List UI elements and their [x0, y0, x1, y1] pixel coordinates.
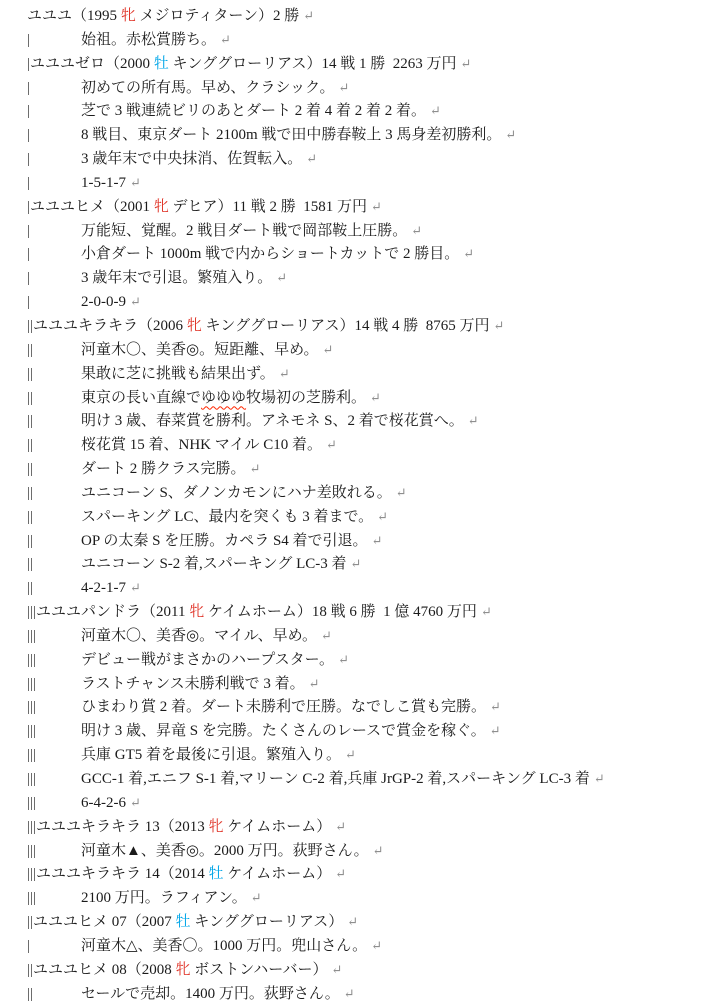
- horse-heading-text: ユユユヒメ 08（2008: [33, 962, 176, 978]
- note-text: 河童木〇、美香◎。マイル、早め。: [81, 628, 317, 644]
- note-text: 始祖。赤松賞勝ち。: [81, 32, 216, 48]
- note-text: ダート 2 勝クラス完勝。: [81, 461, 246, 477]
- pedigree-heading-line: |||ユユユキラキラ 13（2013 牝 ケイムホーム）↵: [27, 815, 724, 839]
- note-text: 河童木△、美香〇。1000 万円。兜山さん。: [81, 938, 367, 954]
- sex-marker-male: 牡: [154, 56, 169, 72]
- paragraph-return-mark-icon: ↵: [303, 8, 314, 23]
- sex-marker-female: 牝: [154, 199, 169, 215]
- pedigree-note-line: ||桜花賞 15 着、NHK マイル C10 着。↵: [27, 433, 724, 457]
- paragraph-return-mark-icon: ↵: [279, 366, 290, 381]
- note-text: OP の太秦 S を圧勝。カペラ S4 着で引退。: [81, 533, 368, 549]
- pedigree-note-line: |||GCC-1 着,エニフ S-1 着,マリーン C-2 着,兵庫 JrGP-…: [27, 767, 724, 791]
- pedigree-note-line: |8 戦目、東京ダート 2100m 戦で田中勝春鞍上 3 馬身差初勝利。↵: [27, 123, 724, 147]
- tree-depth-pipes: ||: [27, 533, 33, 549]
- tree-depth-pipes: |: [27, 103, 30, 119]
- note-text: デビュー戦がまさかのハープスター。: [81, 652, 334, 668]
- pedigree-note-line: ||東京の長い直線でゆゆゆ牧場初の芝勝利。↵: [27, 386, 724, 410]
- tab-indent: ||: [27, 458, 81, 482]
- paragraph-return-mark-icon: ↵: [338, 652, 349, 667]
- paragraph-return-mark-icon: ↵: [372, 533, 383, 548]
- pedigree-note-line: |河童木△、美香〇。1000 万円。兜山さん。↵: [27, 934, 724, 958]
- horse-heading-text: ケイムホーム）: [224, 819, 332, 835]
- pedigree-note-line: |||6-4-2-6↵: [27, 791, 724, 815]
- paragraph-return-mark-icon: ↵: [344, 986, 355, 1001]
- misspelled-word: ゆゆゆ: [201, 390, 246, 406]
- paragraph-return-mark-icon: ↵: [250, 461, 261, 476]
- horse-heading-text: キンググローリアス）14 戦 4 勝 8765 万円: [202, 318, 490, 334]
- sex-marker-male: 牡: [209, 866, 224, 882]
- horse-heading-text: メジロティターン）2 勝: [136, 8, 300, 24]
- sex-marker-female: 牝: [176, 962, 191, 978]
- horse-heading-text: ユユユキラキラ（2006: [33, 318, 187, 334]
- note-text: ひまわり賞 2 着。ダート未勝利で圧勝。なでしこ賞も完勝。: [81, 699, 486, 715]
- paragraph-return-mark-icon: ↵: [377, 509, 388, 524]
- note-text: 初めての所有馬。早め、クラシック。: [81, 80, 335, 96]
- tab-indent: |||: [27, 744, 81, 768]
- tab-indent: ||: [27, 482, 81, 506]
- tab-indent: |||: [27, 840, 81, 864]
- tree-depth-pipes: ||: [27, 986, 33, 1002]
- pedigree-heading-line: |ユユユゼロ（2000 牡 キンググローリアス）14 戦 1 勝 2263 万円…: [27, 52, 724, 76]
- tree-depth-pipes: |||: [27, 890, 36, 906]
- note-text: スパーキング LC、最内を突くも 3 着まで。: [81, 509, 373, 525]
- note-text: 桜花賞 15 着、NHK マイル C10 着。: [81, 437, 322, 453]
- sex-marker-male: 牡: [176, 914, 191, 930]
- paragraph-return-mark-icon: ↵: [130, 294, 141, 309]
- pedigree-heading-line: ユユユ（1995 牝 メジロティターン）2 勝↵: [27, 4, 724, 28]
- pedigree-note-line: |||明け 3 歳、昇竜 S を完勝。たくさんのレースで賞金を稼ぐ。↵: [27, 719, 724, 743]
- tree-depth-pipes: |: [27, 127, 30, 143]
- pedigree-text: ユユユ（1995 牝 メジロティターン）2 勝↵|始祖。赤松賞勝ち。↵|ユユユゼ…: [27, 4, 724, 1005]
- pedigree-heading-line: ||ユユユキラキラ（2006 牝 キンググローリアス）14 戦 4 勝 8765…: [27, 314, 724, 338]
- tab-indent: ||: [27, 983, 81, 1005]
- note-text: 芝で 3 戦連続ビリのあとダート 2 着 4 着 2 着 2 着。: [81, 103, 426, 119]
- horse-heading-text: ケイムホーム）18 戦 6 勝 1 億 4760 万円: [204, 604, 477, 620]
- pedigree-heading-line: ||ユユユヒメ 07（2007 牡 キンググローリアス）↵: [27, 910, 724, 934]
- tab-indent: ||: [27, 506, 81, 530]
- paragraph-return-mark-icon: ↵: [130, 175, 141, 190]
- note-text: 小倉ダート 1000m 戦で内からショートカットで 2 勝目。: [81, 246, 459, 262]
- pedigree-heading-line: |||ユユユパンドラ（2011 牝 ケイムホーム）18 戦 6 勝 1 億 47…: [27, 600, 724, 624]
- pedigree-note-line: ||スパーキング LC、最内を突くも 3 着まで。↵: [27, 505, 724, 529]
- pedigree-note-line: |||2100 万円。ラフィアン。↵: [27, 886, 724, 910]
- note-text: ユニコーン S-2 着,スパーキング LC-3 着: [81, 556, 347, 572]
- tree-depth-pipes: ||: [27, 485, 33, 501]
- tree-depth-pipes: |||: [27, 676, 36, 692]
- paragraph-return-mark-icon: ↵: [411, 223, 422, 238]
- tab-indent: ||: [27, 553, 81, 577]
- tree-depth-pipes: |||: [27, 795, 36, 811]
- paragraph-return-mark-icon: ↵: [468, 413, 479, 428]
- pedigree-note-line: |3 歳年末で中央抹消、佐賀転入。↵: [27, 147, 724, 171]
- tab-indent: |||: [27, 792, 81, 816]
- tree-depth-pipes: ||: [27, 413, 33, 429]
- tab-indent: |||: [27, 673, 81, 697]
- tab-indent: |: [27, 77, 81, 101]
- paragraph-return-mark-icon: ↵: [461, 56, 472, 71]
- tab-indent: |: [27, 100, 81, 124]
- horse-heading-text: キンググローリアス）14 戦 1 勝 2263 万円: [169, 56, 457, 72]
- note-text: 河童木〇、美香◎。短距離、早め。: [81, 342, 319, 358]
- horse-heading-text: ユユユキラキラ 13（2013: [36, 819, 209, 835]
- paragraph-return-mark-icon: ↵: [345, 747, 356, 762]
- paragraph-return-mark-icon: ↵: [594, 771, 605, 786]
- paragraph-return-mark-icon: ↵: [463, 246, 474, 261]
- pedigree-note-line: ||OP の太秦 S を圧勝。カペラ S4 着で引退。↵: [27, 529, 724, 553]
- paragraph-return-mark-icon: ↵: [276, 270, 287, 285]
- pedigree-note-line: |||兵庫 GT5 着を最後に引退。繁殖入り。↵: [27, 743, 724, 767]
- tree-depth-pipes: ||: [27, 556, 33, 572]
- document-page: ユユユ（1995 牝 メジロティターン）2 勝↵|始祖。赤松賞勝ち。↵|ユユユゼ…: [0, 0, 724, 1005]
- tree-depth-pipes: |: [27, 32, 30, 48]
- pedigree-note-line: |小倉ダート 1000m 戦で内からショートカットで 2 勝目。↵: [27, 242, 724, 266]
- paragraph-return-mark-icon: ↵: [321, 628, 332, 643]
- paragraph-return-mark-icon: ↵: [251, 890, 262, 905]
- tab-indent: |||: [27, 625, 81, 649]
- tree-depth-pipes: |||: [27, 819, 36, 835]
- tree-depth-pipes: |: [27, 175, 30, 191]
- horse-heading-text: ユユユヒメ（2001: [30, 199, 154, 215]
- paragraph-return-mark-icon: ↵: [370, 390, 381, 405]
- tab-indent: |||: [27, 696, 81, 720]
- tab-indent: ||: [27, 363, 81, 387]
- tab-indent: |: [27, 291, 81, 315]
- pedigree-note-line: ||ダート 2 勝クラス完勝。↵: [27, 457, 724, 481]
- tree-depth-pipes: |: [27, 223, 30, 239]
- tree-depth-pipes: ||: [27, 366, 33, 382]
- tab-indent: |||: [27, 768, 81, 792]
- note-text: 1-5-1-7: [81, 175, 126, 191]
- pedigree-note-line: |2-0-0-9↵: [27, 290, 724, 314]
- paragraph-return-mark-icon: ↵: [373, 843, 384, 858]
- note-text: 3 歳年末で中央抹消、佐賀転入。: [81, 151, 302, 167]
- paragraph-return-mark-icon: ↵: [505, 127, 516, 142]
- tab-indent: ||: [27, 530, 81, 554]
- note-text: 明け 3 歳、昇竜 S を完勝。たくさんのレースで賞金を稼ぐ。: [81, 723, 486, 739]
- tab-indent: |: [27, 29, 81, 53]
- note-text: 牧場初の芝勝利。: [246, 390, 366, 406]
- tree-depth-pipes: |||: [27, 866, 36, 882]
- tab-indent: |: [27, 935, 81, 959]
- paragraph-return-mark-icon: ↵: [220, 32, 231, 47]
- horse-heading-text: ユユユパンドラ（2011: [36, 604, 189, 620]
- tree-depth-pipes: |: [27, 270, 30, 286]
- paragraph-return-mark-icon: ↵: [335, 819, 346, 834]
- paragraph-return-mark-icon: ↵: [306, 151, 317, 166]
- paragraph-return-mark-icon: ↵: [130, 795, 141, 810]
- tab-indent: |: [27, 124, 81, 148]
- paragraph-return-mark-icon: ↵: [371, 938, 382, 953]
- tab-indent: |: [27, 220, 81, 244]
- tab-indent: |: [27, 148, 81, 172]
- tree-depth-pipes: |||: [27, 771, 36, 787]
- tree-depth-pipes: |: [27, 151, 30, 167]
- tree-depth-pipes: |||: [27, 723, 36, 739]
- note-text: ラストチャンス未勝利戦で 3 着。: [81, 676, 305, 692]
- pedigree-note-line: ||明け 3 歳、春菜賞を勝利。アネモネ S、2 着で桜花賞へ。↵: [27, 409, 724, 433]
- paragraph-return-mark-icon: ↵: [309, 676, 320, 691]
- paragraph-return-mark-icon: ↵: [430, 103, 441, 118]
- tree-depth-pipes: ||: [27, 580, 33, 596]
- tree-depth-pipes: |||: [27, 747, 36, 763]
- tree-depth-pipes: |||: [27, 604, 36, 620]
- horse-heading-text: ユユユ（1995: [27, 8, 121, 24]
- note-text: 兵庫 GT5 着を最後に引退。繁殖入り。: [81, 747, 341, 763]
- tab-indent: ||: [27, 387, 81, 411]
- pedigree-note-line: ||4-2-1-7↵: [27, 576, 724, 600]
- sex-marker-female: 牝: [189, 604, 204, 620]
- note-text: 2-0-0-9: [81, 294, 126, 310]
- pedigree-note-line: |||河童木▲、美香◎。2000 万円。荻野さん。↵: [27, 839, 724, 863]
- paragraph-return-mark-icon: ↵: [494, 318, 505, 333]
- sex-marker-female: 牝: [209, 819, 224, 835]
- tree-depth-pipes: |: [27, 294, 30, 310]
- tree-depth-pipes: |: [27, 938, 30, 954]
- pedigree-note-line: |始祖。赤松賞勝ち。↵: [27, 28, 724, 52]
- horse-heading-text: ケイムホーム）: [224, 866, 332, 882]
- sex-marker-female: 牝: [187, 318, 202, 334]
- pedigree-note-line: |||ラストチャンス未勝利戦で 3 着。↵: [27, 672, 724, 696]
- pedigree-note-line: |3 歳年末で引退。繁殖入り。↵: [27, 266, 724, 290]
- pedigree-heading-line: ||ユユユヒメ 08（2008 牝 ボストンハーバー）↵: [27, 958, 724, 982]
- tab-indent: |||: [27, 649, 81, 673]
- horse-heading-text: ユユユヒメ 07（2007: [33, 914, 176, 930]
- pedigree-note-line: ||セールで売却。1400 万円。荻野さん。↵: [27, 982, 724, 1005]
- note-text: 3 歳年末で引退。繁殖入り。: [81, 270, 272, 286]
- tab-indent: ||: [27, 339, 81, 363]
- pedigree-note-line: |芝で 3 戦連続ビリのあとダート 2 着 4 着 2 着 2 着。↵: [27, 99, 724, 123]
- paragraph-return-mark-icon: ↵: [490, 699, 501, 714]
- pedigree-note-line: |初めての所有馬。早め、クラシック。↵: [27, 76, 724, 100]
- note-text: 河童木▲、美香◎。2000 万円。荻野さん。: [81, 843, 369, 859]
- horse-heading-text: ユユユゼロ（2000: [30, 56, 154, 72]
- horse-heading-text: デヒア）11 戦 2 勝 1581 万円: [169, 199, 367, 215]
- horse-heading-text: ボストンハーバー）: [191, 962, 328, 978]
- tab-indent: |: [27, 267, 81, 291]
- note-text: セールで売却。1400 万円。荻野さん。: [81, 986, 340, 1002]
- note-text: 明け 3 歳、春菜賞を勝利。アネモネ S、2 着で桜花賞へ。: [81, 413, 464, 429]
- tab-indent: ||: [27, 410, 81, 434]
- tree-depth-pipes: ||: [27, 342, 33, 358]
- paragraph-return-mark-icon: ↵: [351, 556, 362, 571]
- tree-depth-pipes: ||: [27, 437, 33, 453]
- tree-depth-pipes: |: [27, 80, 30, 96]
- pedigree-note-line: |||河童木〇、美香◎。マイル、早め。↵: [27, 624, 724, 648]
- note-text: 2100 万円。ラフィアン。: [81, 890, 247, 906]
- tree-depth-pipes: |: [27, 246, 30, 262]
- paragraph-return-mark-icon: ↵: [339, 80, 350, 95]
- tree-depth-pipes: ||: [27, 509, 33, 525]
- tab-indent: ||: [27, 577, 81, 601]
- tree-depth-pipes: ||: [27, 461, 33, 477]
- sex-marker-female: 牝: [121, 8, 136, 24]
- tree-depth-pipes: |||: [27, 843, 36, 859]
- pedigree-note-line: |万能短、覚醒。2 戦目ダート戦で岡部鞍上圧勝。↵: [27, 219, 724, 243]
- paragraph-return-mark-icon: ↵: [490, 723, 501, 738]
- note-text: 8 戦目、東京ダート 2100m 戦で田中勝春鞍上 3 馬身差初勝利。: [81, 127, 501, 143]
- note-text: ユニコーン S、ダノンカモンにハナ差敗れる。: [81, 485, 392, 501]
- pedigree-note-line: |||ひまわり賞 2 着。ダート未勝利で圧勝。なでしこ賞も完勝。↵: [27, 695, 724, 719]
- paragraph-return-mark-icon: ↵: [335, 866, 346, 881]
- tree-depth-pipes: |||: [27, 699, 36, 715]
- note-text: 6-4-2-6: [81, 795, 126, 811]
- pedigree-heading-line: |ユユユヒメ（2001 牝 デヒア）11 戦 2 勝 1581 万円↵: [27, 195, 724, 219]
- pedigree-note-line: ||果敢に芝に挑戦も結果出ず。↵: [27, 362, 724, 386]
- tree-depth-pipes: ||: [27, 390, 33, 406]
- pedigree-note-line: ||ユニコーン S-2 着,スパーキング LC-3 着↵: [27, 552, 724, 576]
- tab-indent: |||: [27, 887, 81, 911]
- note-text: 東京の長い直線で: [81, 390, 201, 406]
- tab-indent: |||: [27, 720, 81, 744]
- paragraph-return-mark-icon: ↵: [130, 580, 141, 595]
- paragraph-return-mark-icon: ↵: [347, 914, 358, 929]
- tree-depth-pipes: |||: [27, 652, 36, 668]
- paragraph-return-mark-icon: ↵: [371, 199, 382, 214]
- paragraph-return-mark-icon: ↵: [326, 437, 337, 452]
- horse-heading-text: キンググローリアス）: [191, 914, 344, 930]
- horse-heading-text: ユユユキラキラ 14（2014: [36, 866, 209, 882]
- paragraph-return-mark-icon: ↵: [396, 485, 407, 500]
- paragraph-return-mark-icon: ↵: [332, 962, 343, 977]
- pedigree-heading-line: |||ユユユキラキラ 14（2014 牡 ケイムホーム）↵: [27, 862, 724, 886]
- note-text: 果敢に芝に挑戦も結果出ず。: [81, 366, 275, 382]
- tab-indent: ||: [27, 434, 81, 458]
- tab-indent: |: [27, 243, 81, 267]
- paragraph-return-mark-icon: ↵: [481, 604, 492, 619]
- note-text: 万能短、覚醒。2 戦目ダート戦で岡部鞍上圧勝。: [81, 223, 407, 239]
- pedigree-note-line: ||ユニコーン S、ダノンカモンにハナ差敗れる。↵: [27, 481, 724, 505]
- pedigree-note-line: ||河童木〇、美香◎。短距離、早め。↵: [27, 338, 724, 362]
- pedigree-note-line: |||デビュー戦がまさかのハープスター。↵: [27, 648, 724, 672]
- note-text: GCC-1 着,エニフ S-1 着,マリーン C-2 着,兵庫 JrGP-2 着…: [81, 771, 590, 787]
- tab-indent: |: [27, 172, 81, 196]
- paragraph-return-mark-icon: ↵: [323, 342, 334, 357]
- pedigree-note-line: |1-5-1-7↵: [27, 171, 724, 195]
- tree-depth-pipes: |||: [27, 628, 36, 644]
- note-text: 4-2-1-7: [81, 580, 126, 596]
